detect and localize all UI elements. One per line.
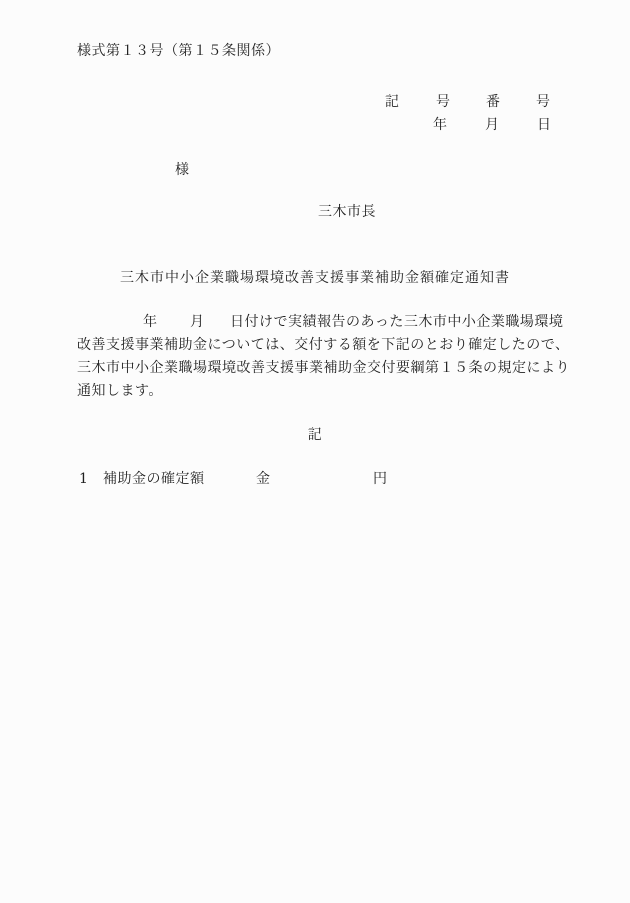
date-day-label: 日: [537, 118, 552, 132]
document-title: 三木市中小企業職場環境改善支援事業補助金額確定通知書: [0, 271, 630, 285]
body-paragraph-line-2: 改善支援事業補助金については、交付する額を下記のとおり確定したので、: [77, 338, 569, 352]
item-1-label: 補助金の確定額: [103, 472, 205, 486]
date-month-label: 月: [485, 118, 500, 132]
body-line-1-text: 日付けで実績報告のあった三木市中小企業職場環境: [230, 315, 563, 329]
date-year-label: 年: [433, 118, 448, 132]
item-1-amount-suffix: 円: [373, 472, 388, 486]
reference-ban-label: 番: [486, 95, 501, 109]
item-1-amount-prefix: 金: [256, 472, 271, 486]
item-1-row: 1 補助金の確定額 金 円: [0, 472, 630, 486]
body-paragraph-line-3: 三木市中小企業職場環境改善支援事業補助金交付要綱第１５条の規定により: [77, 361, 570, 375]
reference-gou-label-2: 号: [536, 95, 551, 109]
reference-number-line: 記 号 番 号: [0, 95, 630, 109]
date-line: 年 月 日: [0, 118, 630, 132]
reference-ki-label: 記: [385, 95, 400, 109]
form-number: 様式第１３号（第１５条関係）: [77, 44, 280, 58]
body-month-label: 月: [190, 315, 205, 329]
body-paragraph-line-4: 通知します。: [77, 384, 163, 398]
sender-name: 三木市長: [318, 205, 376, 219]
reference-gou-label-1: 号: [436, 95, 451, 109]
document-page: 様式第１３号（第１５条関係） 記 号 番 号 年 月 日 様 三木市長 三木市中…: [0, 0, 630, 903]
list-header-ki: 記: [0, 428, 630, 442]
item-1-number: 1: [79, 472, 88, 486]
addressee-honorific: 様: [175, 163, 190, 177]
body-year-label: 年: [143, 315, 158, 329]
body-paragraph-line-1: 年 月 日付けで実績報告のあった三木市中小企業職場環境: [77, 315, 553, 329]
